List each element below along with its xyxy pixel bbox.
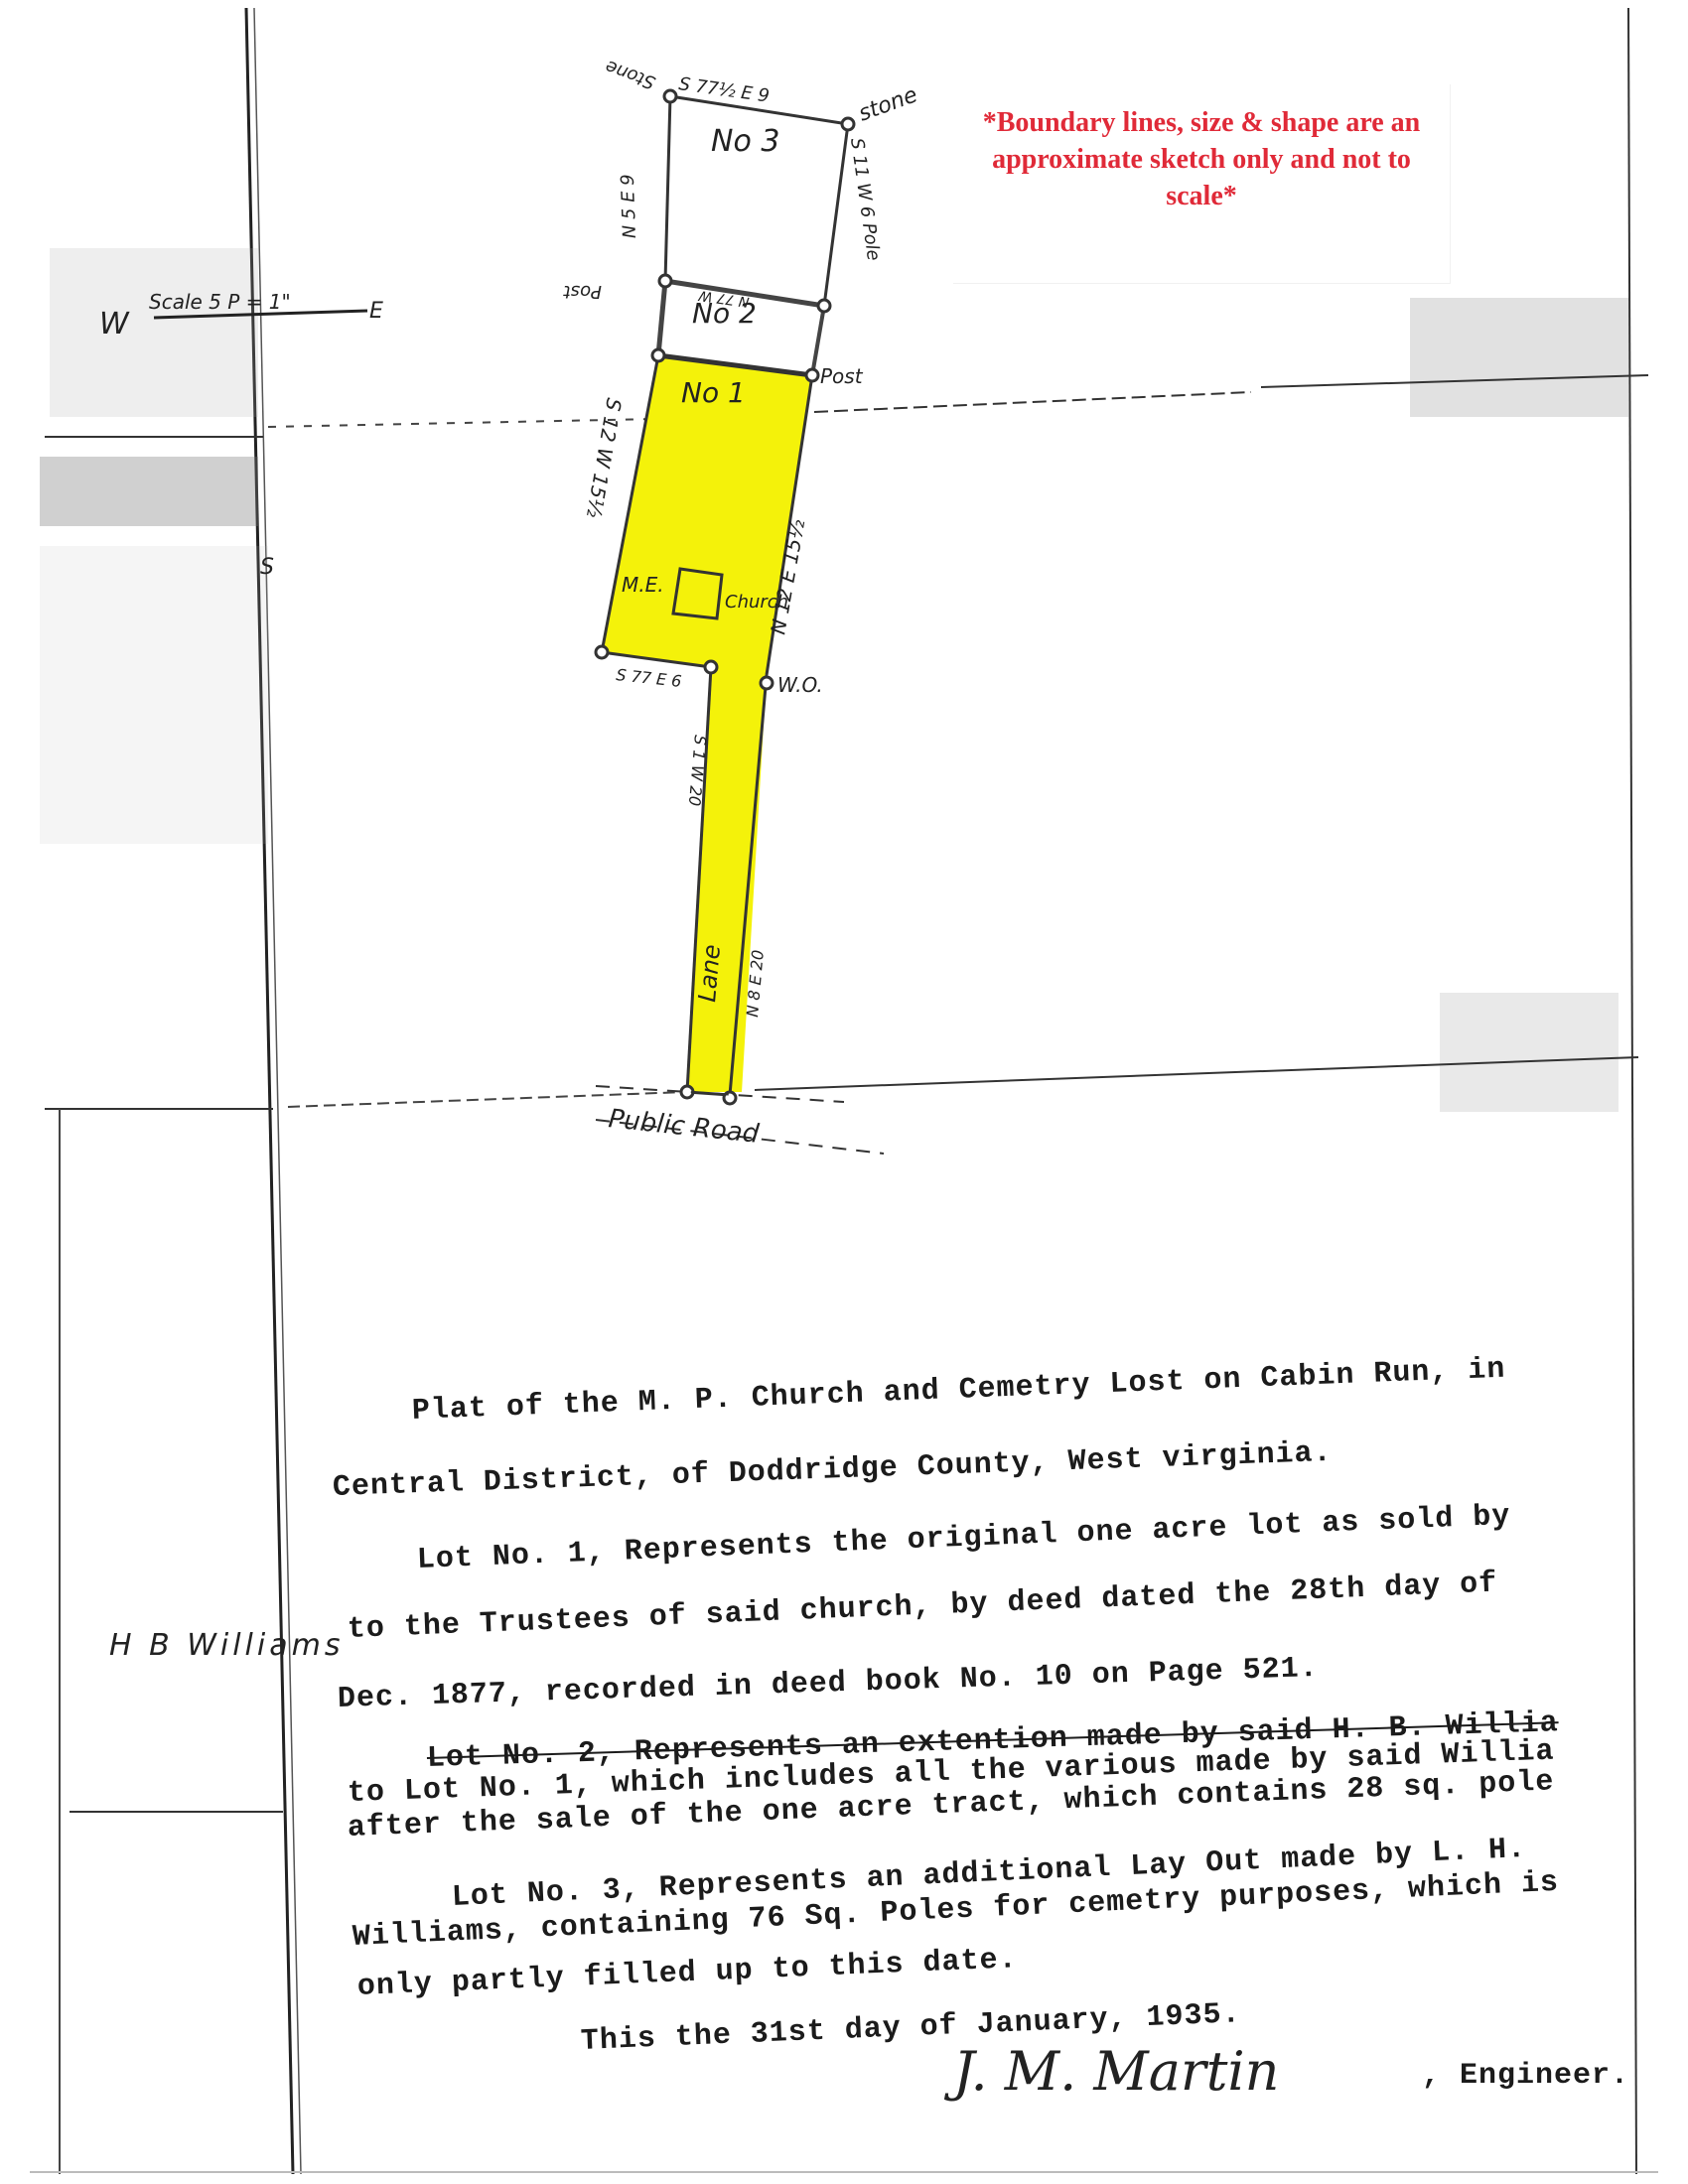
- call-lot1-bottom: S 77 E 6: [616, 665, 683, 691]
- stone-label-left: Stone: [603, 56, 658, 93]
- scale-label: Scale 5 P = 1": [149, 290, 291, 314]
- lot-3-label: No 3: [711, 124, 779, 159]
- stone-label-right: stone: [856, 82, 921, 126]
- engineer-signature: J. M. Martin: [953, 2040, 1279, 2103]
- compass-west: W: [99, 307, 130, 341]
- wo-label: W.O.: [777, 673, 823, 697]
- lane-label: Lane: [693, 943, 726, 1003]
- page-edge-line: [1628, 8, 1636, 2174]
- plat-document-page: W Scale 5 P = 1" E S N: [0, 0, 1688, 2184]
- compass-south: S: [260, 555, 274, 580]
- lot-1-label: No 1: [681, 376, 746, 409]
- call-lot3-top: S 77½ E 9: [677, 73, 771, 107]
- call-lot3-left: N 5 E 9: [618, 174, 640, 239]
- post-label-left: Post: [563, 281, 602, 302]
- compass-east: E: [369, 299, 383, 324]
- call-lot1-left: S 12 W 15½: [582, 396, 627, 520]
- post-label-right: Post: [820, 364, 864, 388]
- public-road-label: Public Road: [607, 1104, 761, 1150]
- disclaimer-notice: *Boundary lines, size & shape are an app…: [968, 104, 1435, 214]
- church-label-right: Church: [725, 592, 788, 613]
- call-lot3-right: S 11 W 6 Pole: [846, 137, 884, 262]
- engineer-label: , Engineer.: [1422, 2059, 1629, 2093]
- church-label-left: M.E.: [622, 573, 664, 597]
- margin-note-hb-williams: H B Williams: [109, 1628, 344, 1663]
